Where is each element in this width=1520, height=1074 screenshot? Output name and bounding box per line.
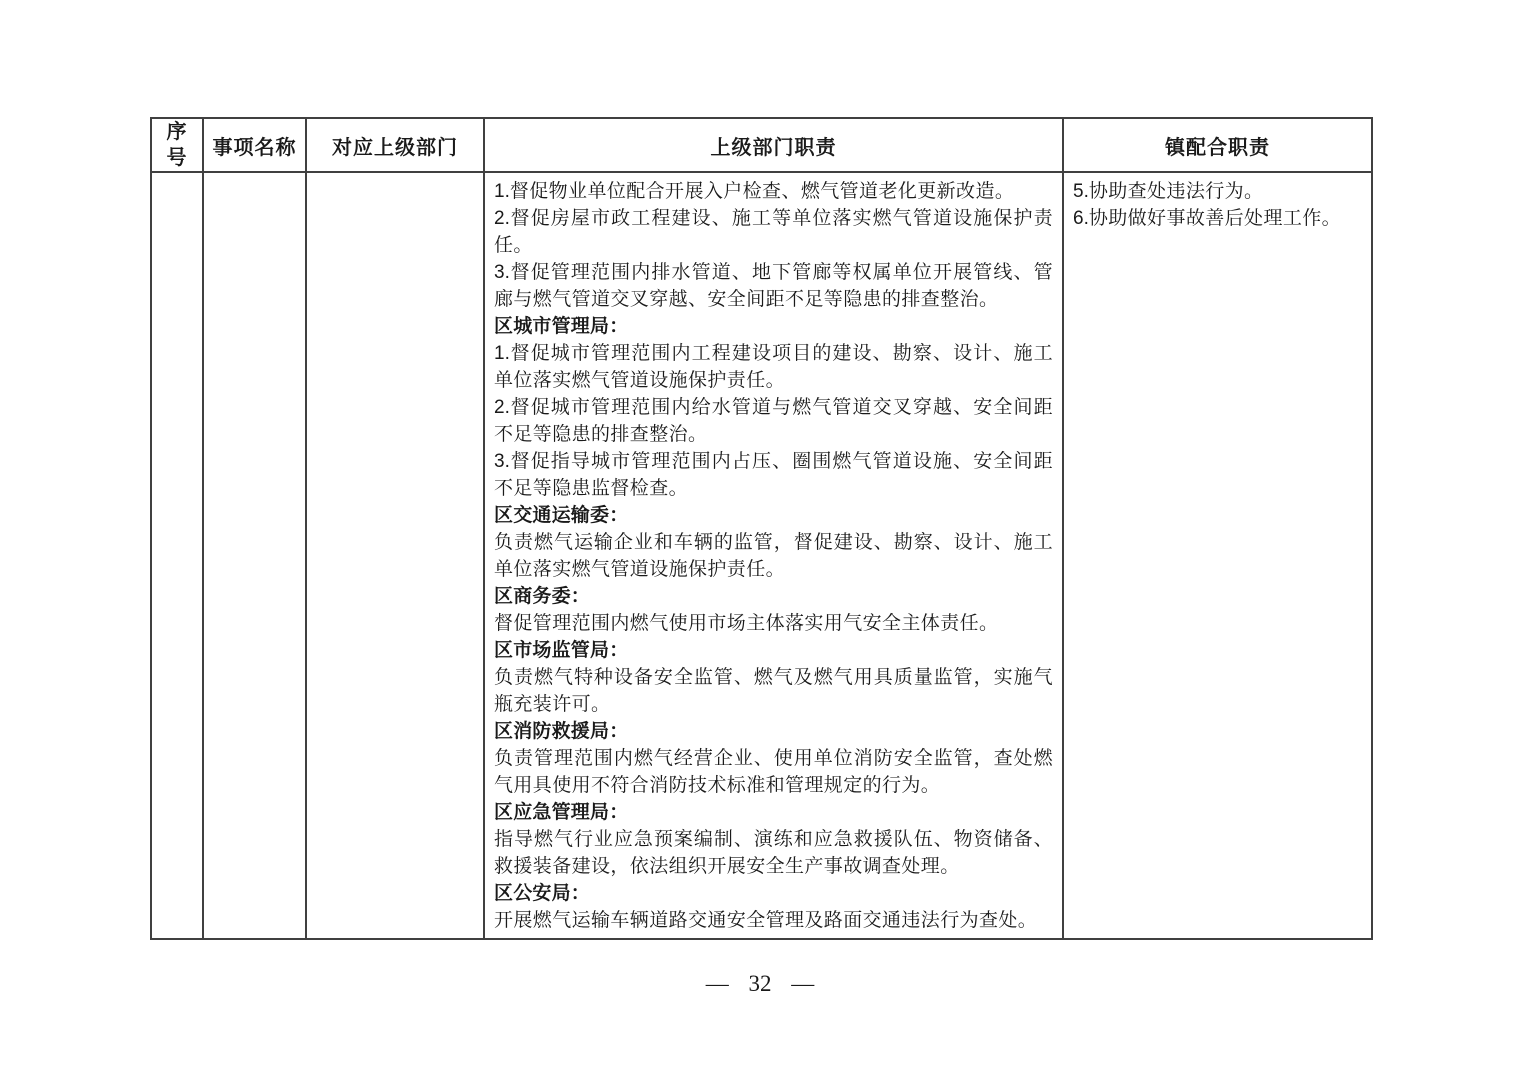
duty-paragraph: 督促管理范围内燃气使用市场主体落实用气安全主体责任。 <box>494 610 1053 637</box>
header-serial-number: 序号 <box>151 118 203 172</box>
duty-section-heading: 区交通运输委： <box>494 502 1053 529</box>
header-serial-number-label: 序号 <box>166 119 188 171</box>
town-duties-text: 5.协助查处违法行为。6.协助做好事故善后处理工作。 <box>1073 178 1362 232</box>
duty-section-heading: 区消防救援局： <box>494 718 1053 745</box>
duty-paragraph: 3.督促管理范围内排水管道、地下管廊等权属单位开展管线、管廊与燃气管道交叉穿越、… <box>494 259 1053 313</box>
cell-item-name <box>203 172 306 939</box>
header-superior-department: 对应上级部门 <box>306 118 484 172</box>
item-number: 6. <box>1073 208 1089 229</box>
responsibility-table: 序号 事项名称 对应上级部门 上级部门职责 镇配合职责 1.督促物业单位配合开展… <box>150 117 1373 940</box>
page-number: — 32 — <box>0 971 1520 997</box>
header-town-duties: 镇配合职责 <box>1063 118 1372 172</box>
duty-paragraph: 指导燃气行业应急预案编制、演练和应急救援队伍、物资储备、救援装备建设，依法组织开… <box>494 826 1053 880</box>
item-number: 1. <box>494 181 510 202</box>
duty-paragraph: 2.督促房屋市政工程建设、施工等单位落实燃气管道设施保护责任。 <box>494 205 1053 259</box>
superior-duties-text: 1.督促物业单位配合开展入户检查、燃气管道老化更新改造。2.督促房屋市政工程建设… <box>494 178 1053 934</box>
duty-section-heading: 区商务委： <box>494 583 1053 610</box>
header-item-name: 事项名称 <box>203 118 306 172</box>
duty-section-heading: 区应急管理局： <box>494 799 1053 826</box>
duty-paragraph: 开展燃气运输车辆道路交通安全管理及路面交通违法行为查处。 <box>494 907 1053 934</box>
document-page: 序号 事项名称 对应上级部门 上级部门职责 镇配合职责 1.督促物业单位配合开展… <box>0 0 1520 1074</box>
duty-paragraph: 负责燃气运输企业和车辆的监管，督促建设、勘察、设计、施工单位落实燃气管道设施保护… <box>494 529 1053 583</box>
duty-section-heading: 区城市管理局： <box>494 313 1053 340</box>
table-header-row: 序号 事项名称 对应上级部门 上级部门职责 镇配合职责 <box>151 118 1372 172</box>
header-superior-duties: 上级部门职责 <box>484 118 1063 172</box>
item-number: 5. <box>1073 181 1089 202</box>
item-number: 2. <box>494 208 510 229</box>
duty-section-heading: 区公安局： <box>494 880 1053 907</box>
duty-paragraph: 负责管理范围内燃气经营企业、使用单位消防安全监管，查处燃气用具使用不符合消防技术… <box>494 745 1053 799</box>
table-row: 1.督促物业单位配合开展入户检查、燃气管道老化更新改造。2.督促房屋市政工程建设… <box>151 172 1372 939</box>
duty-paragraph: 1.督促物业单位配合开展入户检查、燃气管道老化更新改造。 <box>494 178 1053 205</box>
cell-superior-duties: 1.督促物业单位配合开展入户检查、燃气管道老化更新改造。2.督促房屋市政工程建设… <box>484 172 1063 939</box>
duty-section-heading: 区市场监管局： <box>494 637 1053 664</box>
duty-paragraph: 负责燃气特种设备安全监管、燃气及燃气用具质量监管，实施气瓶充装许可。 <box>494 664 1053 718</box>
cell-town-duties: 5.协助查处违法行为。6.协助做好事故善后处理工作。 <box>1063 172 1372 939</box>
item-number: 3. <box>494 262 510 283</box>
duty-paragraph: 5.协助查处违法行为。 <box>1073 178 1362 205</box>
duty-paragraph: 6.协助做好事故善后处理工作。 <box>1073 205 1362 232</box>
duty-paragraph: 1.督促城市管理范围内工程建设项目的建设、勘察、设计、施工单位落实燃气管道设施保… <box>494 340 1053 394</box>
cell-superior-department <box>306 172 484 939</box>
cell-serial-number <box>151 172 203 939</box>
item-number: 2. <box>494 397 510 418</box>
item-number: 1. <box>494 343 510 364</box>
duty-paragraph: 3.督促指导城市管理范围内占压、圈围燃气管道设施、安全间距不足等隐患监督检查。 <box>494 448 1053 502</box>
duty-paragraph: 2.督促城市管理范围内给水管道与燃气管道交叉穿越、安全间距不足等隐患的排查整治。 <box>494 394 1053 448</box>
item-number: 3. <box>494 451 510 472</box>
